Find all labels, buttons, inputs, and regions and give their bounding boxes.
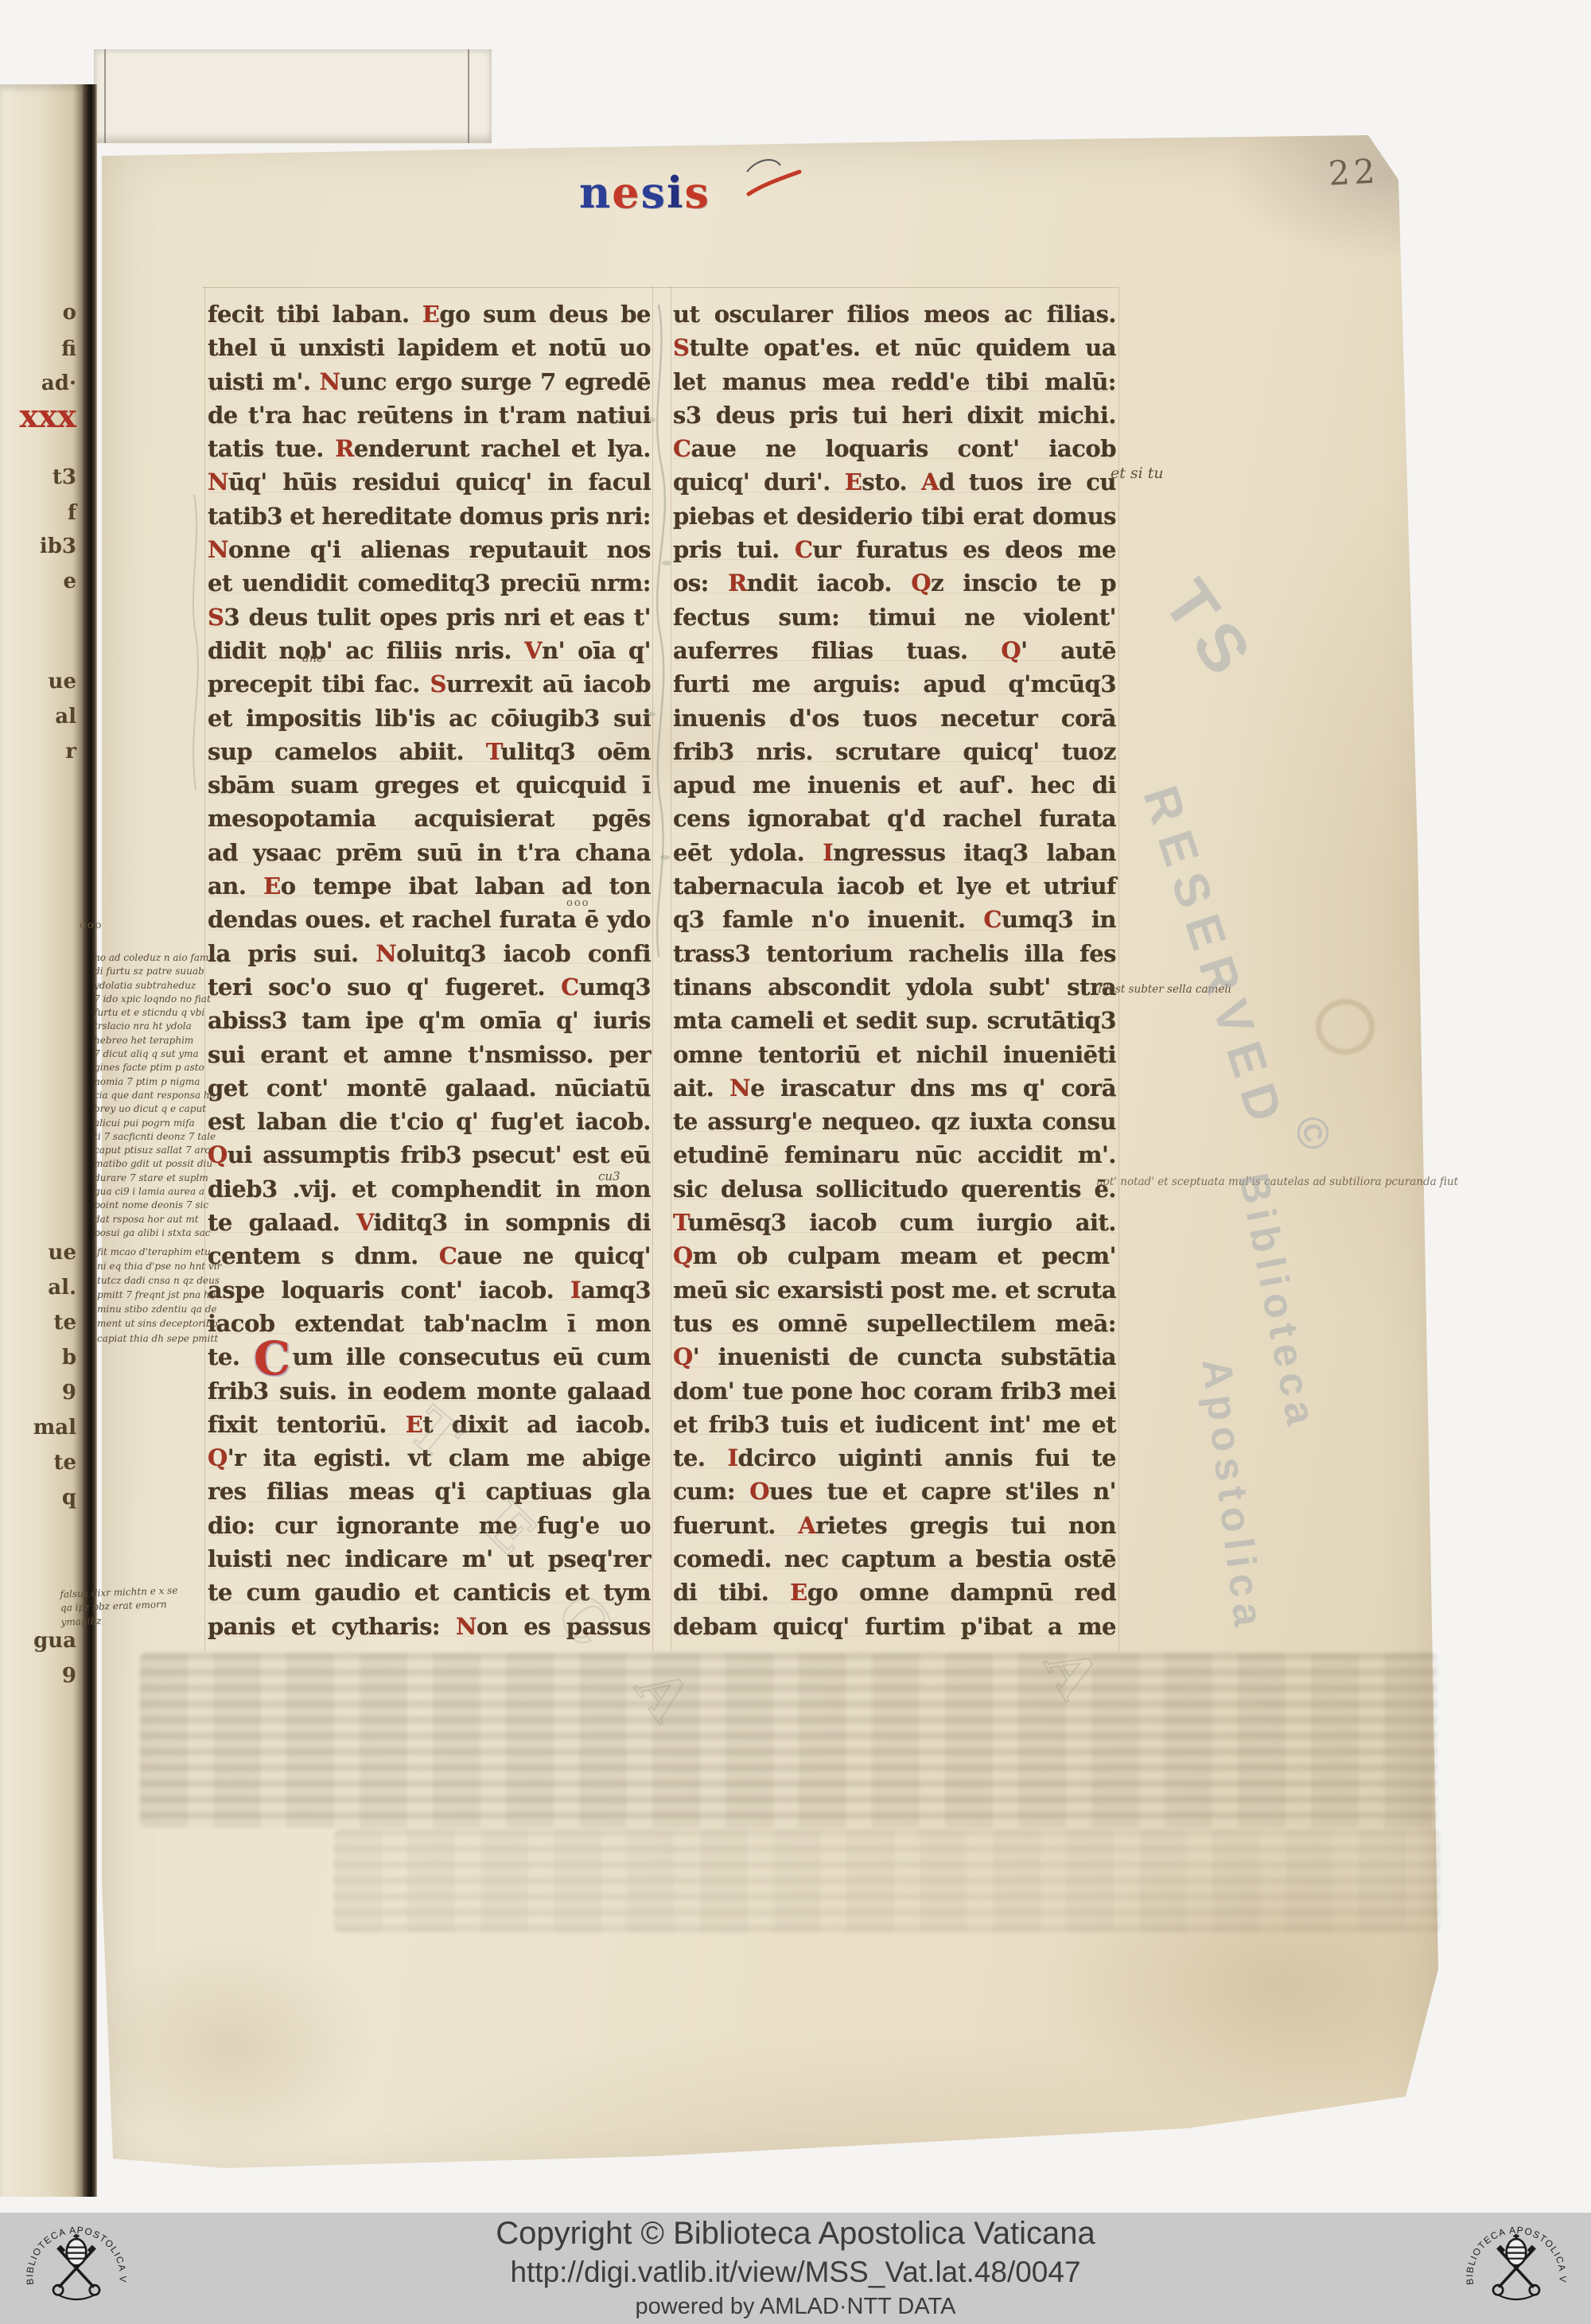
text-line: est laban die t'cio q' fug'et iacob. bbox=[208, 1105, 651, 1138]
manuscript-scan-page: { "header": { "running_title": "nesis", … bbox=[0, 0, 1591, 2324]
text-line: fectus sum: timui ne violent' bbox=[673, 600, 1116, 634]
text-line: quicq' duri'. Esto. Ad tuos ire cu bbox=[673, 465, 1116, 499]
gloss-line: minu stibo zdentiu qa de bbox=[97, 1303, 216, 1317]
text-line: Nonne q'i alienas reputauit nos bbox=[208, 533, 651, 566]
text-line: Tumēsq3 iacob cum iurgio ait. bbox=[673, 1206, 1116, 1239]
gloss-line: matibo gdit ut possit diu bbox=[94, 1157, 205, 1171]
text-line: S3 deus tulit opes pris nri et eas t' bbox=[208, 600, 651, 634]
gloss-line: no ad coleduz n aio famr bbox=[94, 951, 205, 965]
text-line: fuerunt. Arietes gregis tui non bbox=[673, 1509, 1116, 1542]
vatican-library-logo-icon: BIBLIOTECA APOSTOLICA VATICANA bbox=[24, 2216, 129, 2321]
edge-fragment: al. bbox=[48, 1276, 76, 1300]
edge-fragment: ue bbox=[49, 670, 76, 694]
text-line: aspe loquaris cont' iacob. Iamq3 bbox=[208, 1273, 651, 1307]
edge-fragment: 9 bbox=[62, 1381, 76, 1405]
verso-showthrough-2 bbox=[334, 1829, 1440, 1933]
text-line: inuenis d'os tuos necetur corā bbox=[673, 701, 1116, 735]
text-line: let manus mea redd'e tibi malū: bbox=[673, 365, 1116, 398]
text-line: debam quicq' furtim p'ibat a me bbox=[673, 1610, 1116, 1643]
text-line: centem s dnm. Caue ne quicq' bbox=[208, 1239, 651, 1273]
text-line: Qui assumptis frib3 psecut' est eū bbox=[208, 1138, 651, 1172]
edge-fragment: al bbox=[55, 705, 76, 729]
text-line: cens ignorabat q'd rachel furata bbox=[673, 802, 1116, 835]
left-margin-gloss-a: no ad coleduz n aio famrdi furtu sz patr… bbox=[94, 951, 205, 1240]
text-line: Q' inuenisti de cuncta substātia bbox=[673, 1340, 1116, 1374]
text-line: cum: Oues tue et capre st'iles n' bbox=[673, 1475, 1116, 1508]
text-line: res filias meas q'i captiuas gla bbox=[208, 1475, 651, 1508]
ruling-line-v4 bbox=[1118, 286, 1119, 1651]
footer-copyright: Copyright © Biblioteca Apostolica Vatica… bbox=[0, 2216, 1591, 2252]
text-line: Nūq' hūis residui quicq' in facul bbox=[208, 465, 651, 499]
edge-fragment: e bbox=[63, 569, 76, 593]
title-flourish-icon bbox=[736, 156, 807, 204]
text-line: et frib3 tuis et iudicent int' me et bbox=[673, 1408, 1116, 1441]
edge-fragment: fi bbox=[61, 337, 76, 361]
leaf-fold-line-2 bbox=[468, 49, 469, 143]
gloss-line: ment ut sins deceptoribo bbox=[97, 1317, 216, 1331]
footer-powered-by: powered by AMLAD·NTT DATA bbox=[0, 2294, 1591, 2320]
gloss-line: furtu et e sticndu q vbi bbox=[94, 1006, 205, 1020]
footer-url: http://digi.vatlib.it/view/MSS_Vat.lat.4… bbox=[0, 2256, 1591, 2289]
running-title-letter: e bbox=[612, 167, 640, 218]
text-line: omne tentoriū et nichil inueniēti bbox=[673, 1038, 1116, 1071]
edge-fragment: o bbox=[63, 301, 76, 325]
edge-fragment: b bbox=[62, 1346, 76, 1370]
leaf-fold-line bbox=[104, 49, 106, 143]
text-line: tatis tue. Renderunt rachel et lya. bbox=[208, 432, 651, 465]
gloss-line: gua ci9 i lamia aurea a bbox=[94, 1185, 205, 1199]
gloss-line: gines facte ptim p asto bbox=[94, 1061, 205, 1075]
text-line: tus es omnē supellectilem meā: bbox=[673, 1307, 1116, 1340]
edge-fragment: ue bbox=[49, 1241, 76, 1265]
gloss-line: point nome deonis 7 sic bbox=[94, 1199, 205, 1212]
folio-number: 22 bbox=[1328, 151, 1380, 192]
text-line: comedi. nec captum a bestia ostē bbox=[673, 1542, 1116, 1576]
text-line: frib3 suis. in eodem monte galaad bbox=[208, 1374, 651, 1408]
text-line: de t'ra hac reūtens in t'ram natiui bbox=[208, 398, 651, 432]
text-line: ait. Ne irascatur dns ms q' corā bbox=[673, 1071, 1116, 1105]
text-line: dom' tue pone hoc coram frib3 mei bbox=[673, 1374, 1116, 1408]
running-title-letter: s bbox=[685, 167, 710, 218]
text-line: mta cameli et sedit sup. scrutātiq3 bbox=[673, 1004, 1116, 1037]
text-line: fecit tibi laban. Ego sum deus be bbox=[208, 297, 651, 331]
gloss-line: posui ga alibi i stxta sac bbox=[94, 1226, 205, 1240]
text-line: eēt ydola. Ingressus itaq3 laban bbox=[673, 836, 1116, 869]
text-line: s3 deus pris tui heri dixit michi. bbox=[673, 398, 1116, 432]
edge-fragment: r bbox=[65, 740, 76, 764]
text-line: tabernacula iacob et lye et utriuf bbox=[673, 869, 1116, 903]
text-line: uisti m'. Nunc ergo surge 7 egredē bbox=[208, 365, 651, 398]
text-line: et impositis lib'is ac cōiugib3 sui bbox=[208, 701, 651, 735]
marginal-catchword: cu3 bbox=[598, 1169, 620, 1183]
gloss-line: capiat thia dh sepe pmitt bbox=[97, 1332, 216, 1347]
tie-mark-column: ooo bbox=[566, 897, 589, 909]
text-line: precepit tibi fac. Surrexit aū iacob bbox=[208, 667, 651, 701]
text-line: tatib3 et hereditate domus pris nri: bbox=[208, 499, 651, 533]
text-line: get cont' montē galaad. nūciatū bbox=[208, 1071, 651, 1105]
edge-fragment: ib3 bbox=[40, 534, 76, 558]
running-title: nesis bbox=[579, 167, 710, 218]
running-title-letter: s bbox=[641, 167, 667, 218]
gloss-line: hebreo het teraphim bbox=[94, 1034, 205, 1047]
gloss-line: caput ptisuz sallat 7 aro bbox=[94, 1144, 205, 1157]
edge-fragment: f bbox=[68, 501, 76, 525]
text-line: sup camelos abiit. Tulitq3 oēm bbox=[208, 735, 651, 768]
text-line: sbām suam greges et quicquid ī bbox=[208, 768, 651, 802]
edge-fragment: mal bbox=[33, 1416, 76, 1440]
text-line: la pris sui. Noluitq3 iacob confi bbox=[208, 937, 651, 970]
text-line: Stulte opat'es. et nūc quidem ua bbox=[673, 331, 1116, 364]
edge-fragment: te bbox=[53, 1451, 76, 1475]
text-line: meū sic exarsisti post me. et scruta bbox=[673, 1273, 1116, 1307]
text-line: di tibi. Ego omne dampnū red bbox=[673, 1576, 1116, 1609]
left-margin-gloss-b: fit mcao d'teraphim etuni eq thia d'pse … bbox=[97, 1246, 216, 1347]
text-line: pris tui. Cur furatus es deos me bbox=[673, 533, 1116, 566]
edge-fragment: 9 bbox=[62, 1664, 76, 1688]
gloss-line: fit mcao d'teraphim etu bbox=[97, 1246, 216, 1260]
edge-fragment: q bbox=[62, 1486, 76, 1510]
gloss-line: ydolatia subtraheduz bbox=[94, 979, 205, 993]
running-title-letter: i bbox=[667, 167, 685, 218]
text-line: q3 famle n'o inuenit. Cumq3 in bbox=[673, 903, 1116, 936]
text-line: et uendidit comeditq3 preciū nrm: bbox=[208, 566, 651, 600]
text-line: auferres filias tuas. Q' autē bbox=[673, 634, 1116, 667]
text-line: Caue ne loquaris cont' iacob bbox=[673, 432, 1116, 465]
gloss-line: di furtu sz patre suuab bbox=[94, 965, 205, 978]
edge-fragment: te bbox=[53, 1311, 76, 1335]
text-line: teri soc'o suo q' fugeret. Cumq3 bbox=[208, 970, 651, 1004]
text-line: tinans abscondit ydola subt' stra bbox=[673, 970, 1116, 1004]
ring-stain bbox=[1316, 999, 1375, 1055]
text-column-2: ut oscularer filios meos ac filias.Stult… bbox=[673, 297, 1116, 1643]
edge-fragment: xxx bbox=[19, 398, 76, 435]
text-line: mesopotamia acquisierat pgēs bbox=[208, 802, 651, 835]
gloss-line: pmitt 7 freqnt jst pna ho bbox=[97, 1288, 216, 1303]
text-line: sic delusa sollicitudo querentis ē. bbox=[673, 1172, 1116, 1206]
text-line: dio: cur ignorante me fug'e uo bbox=[208, 1509, 651, 1542]
gloss-line: ti 7 sacficnti deonz 7 tale bbox=[94, 1130, 205, 1144]
running-title-letter: n bbox=[579, 167, 612, 218]
text-line: piebas et desiderio tibi erat domus bbox=[673, 499, 1116, 533]
ruling-line-top bbox=[203, 287, 1118, 288]
marginal-note-et-si-tu: et si tu bbox=[1111, 464, 1164, 482]
gloss-line: 7 ido xpic loqndo no fiat bbox=[94, 993, 205, 1006]
upper-leaf-edge bbox=[94, 49, 492, 143]
vine-showthrough-2-icon bbox=[181, 492, 208, 794]
text-line: te assurg'e nequeo. qz iuxta consu bbox=[673, 1105, 1116, 1138]
edge-fragment: ad· bbox=[41, 371, 76, 395]
gloss-line: alicui pui pogrn mifa bbox=[94, 1117, 205, 1130]
gloss-line: cia que dant responsa hc bbox=[94, 1089, 205, 1102]
text-line: te galaad. Viditq3 in sompnis di bbox=[208, 1206, 651, 1239]
text-line: te. Idcirco uiginti annis fui te bbox=[673, 1441, 1116, 1475]
vatican-library-logo-right-icon: BIBLIOTECA APOSTOLICA VATICANA bbox=[1464, 2216, 1569, 2321]
text-line: ad ysaac prēm suū in t'ra chana bbox=[208, 836, 651, 869]
gloss-line: 7 dicut aliq q sut yma bbox=[94, 1047, 205, 1061]
text-line: furti me arguis: apud q'mcūq3 bbox=[673, 667, 1116, 701]
facing-page-fragments: ofiad·xxxt3fib3euealrueal.teb9malteqgua9 bbox=[0, 0, 80, 2147]
edge-fragment: gua bbox=[33, 1629, 76, 1653]
gloss-line: brey uo dicut q e caput bbox=[94, 1102, 205, 1116]
text-line: Qm ob culpam meam et pecm' bbox=[673, 1239, 1116, 1273]
text-line: os: Rndit iacob. Qz inscio te p bbox=[673, 566, 1116, 600]
text-line: sui erant et amne t'nsmisso. per bbox=[208, 1038, 651, 1071]
gloss-line: dat rsposa hor aut mt bbox=[94, 1213, 205, 1226]
verso-showthrough bbox=[140, 1653, 1437, 1828]
text-line: didit nob' ac filiis nris. Vn' oīa q' bbox=[208, 634, 651, 667]
gloss-line: trslacio nra ht ydola bbox=[94, 1020, 205, 1033]
gloss-line: tutcz dadi cnsa n qz deus bbox=[97, 1274, 216, 1288]
gloss-line: nomia 7 ptim p nigma bbox=[94, 1075, 205, 1089]
text-line: thel ū unxisti lapidem et notū uo bbox=[208, 331, 651, 364]
interlinear-correction: dne bbox=[302, 652, 323, 665]
text-line: te. Cum ille consecutus eū cum bbox=[208, 1340, 651, 1374]
text-line: trass3 tentorium rachelis illa fes bbox=[673, 937, 1116, 970]
text-line: abiss3 tam ipe q'm omīa q' iuris bbox=[208, 1004, 651, 1037]
text-line: ut oscularer filios meos ac filias. bbox=[673, 297, 1116, 331]
text-line: etudinē feminaru nūc accidit m'. bbox=[673, 1138, 1116, 1172]
text-line: frib3 nris. scrutare quicq' tuoz bbox=[673, 735, 1116, 768]
gloss-line: durare 7 stare et suplm bbox=[94, 1172, 205, 1185]
text-line: apud me inuenis et auf'. hec di bbox=[673, 768, 1116, 802]
tie-mark-left: ooo bbox=[80, 919, 103, 931]
edge-fragment: t3 bbox=[53, 465, 76, 489]
text-line: dieb3 .vij. et comphendit in mon bbox=[208, 1172, 651, 1206]
gloss-line: ni eq thia d'pse no hnt vir bbox=[97, 1260, 216, 1274]
text-line: luisti nec indicare m' ut pseq'rer bbox=[208, 1542, 651, 1576]
